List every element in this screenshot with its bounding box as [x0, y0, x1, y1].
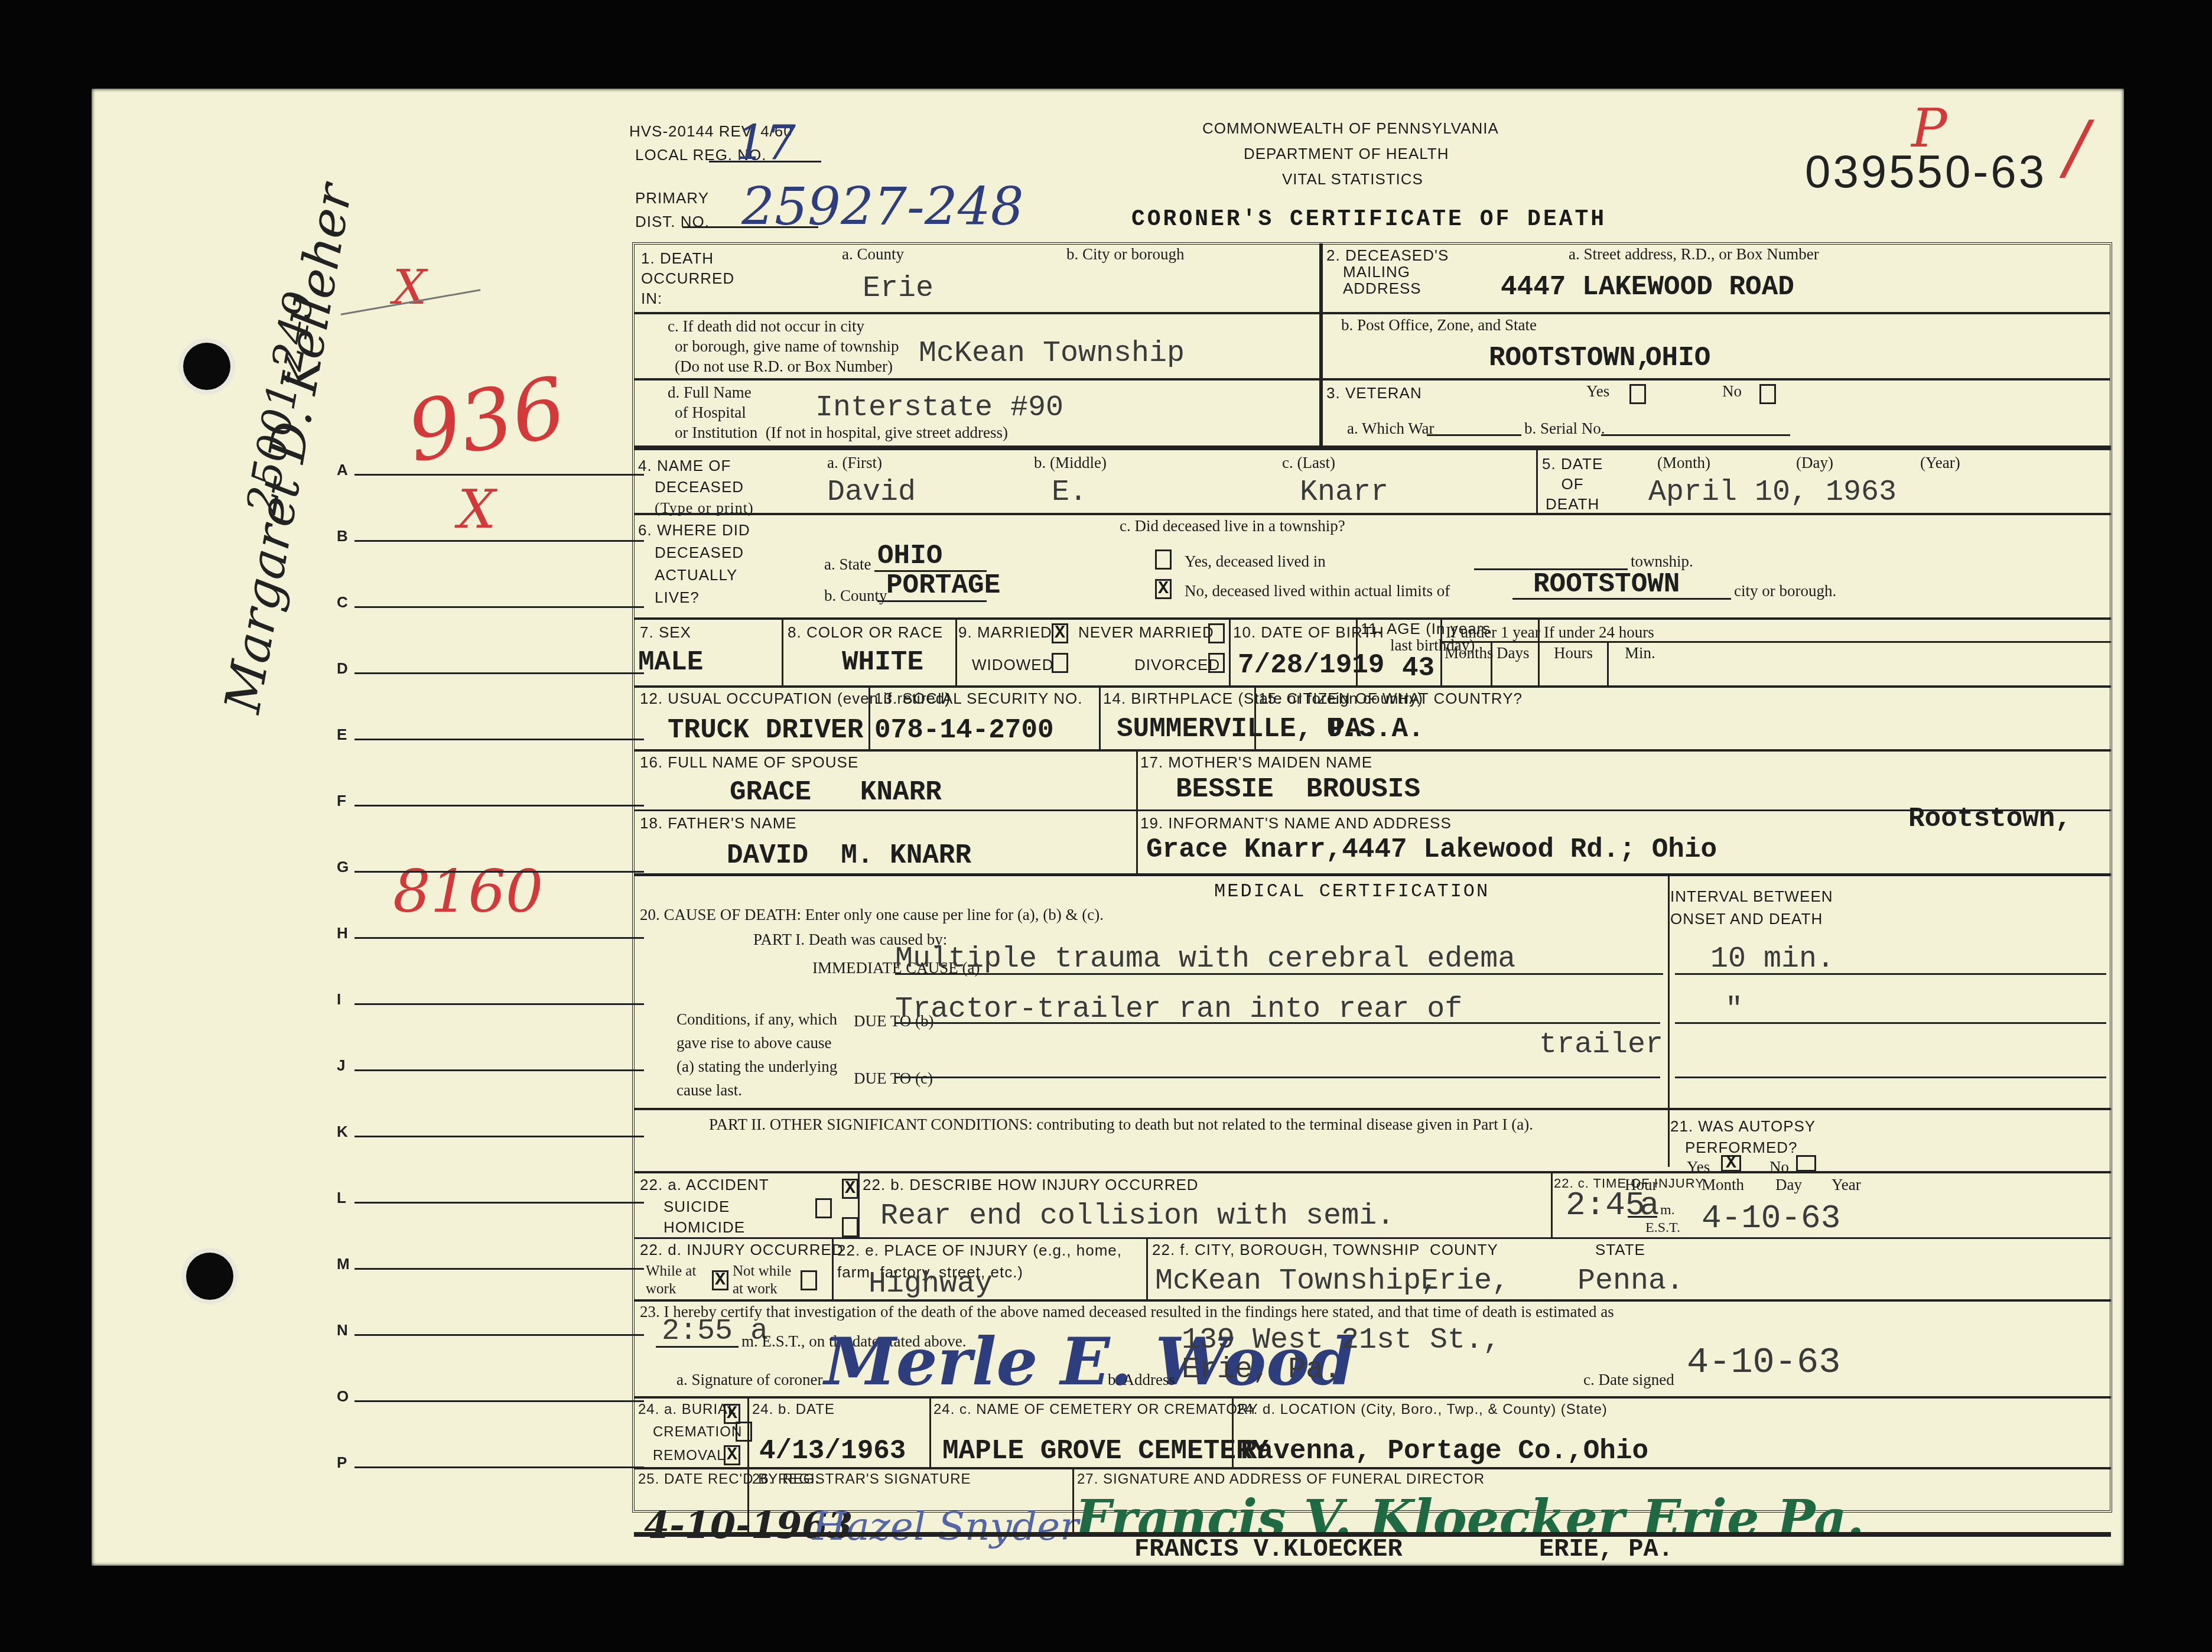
married-checkbox[interactable]: X	[1052, 623, 1068, 643]
residence-city: ROOTSTOWN	[1533, 569, 1680, 600]
deceased-middle-name: E.	[1052, 476, 1087, 509]
injury-date: 4-10-63	[1702, 1199, 1840, 1237]
age-value: 43	[1402, 653, 1434, 684]
date-of-death-label: 5. DATEOFDEATH	[1542, 454, 1603, 514]
informant-address: Grace Knarr,4447 Lakewood Rd.; Ohio	[1146, 834, 1717, 865]
homicide-checkbox[interactable]	[842, 1217, 858, 1237]
mailing-street: 4447 LAKEWOOD ROAD	[1501, 272, 1794, 303]
cause-instructions: 20. CAUSE OF DEATH: Enter only one cause…	[640, 906, 1104, 924]
immediate-cause: Multiple trauma with cerebral edema	[895, 942, 1515, 976]
certificate-paper: Margaret D. Kelleher 25001-249 X 936 X 8…	[92, 89, 2124, 1566]
certificate-title: CORONER'S CERTIFICATE OF DEATH	[1131, 207, 1606, 232]
interval-label: INTERVAL BETWEENONSET AND DEATH	[1670, 885, 1833, 930]
agency-line-2: DEPARTMENT OF HEALTH	[1244, 145, 1449, 163]
primary-label: PRIMARY	[635, 189, 709, 207]
accident-checkbox[interactable]: X	[842, 1179, 858, 1199]
coroner-address-line2: Erie, Pa.	[1182, 1353, 1341, 1387]
mailing-city: ROOTSTOWN,	[1489, 343, 1652, 373]
injury-state: Penna.	[1577, 1264, 1684, 1298]
coroner-address-line1: 139 West 21st St.,	[1182, 1323, 1501, 1357]
not-at-work-checkbox[interactable]	[801, 1270, 817, 1290]
county-label: a. County	[842, 245, 904, 264]
date-signed: 4-10-63	[1687, 1341, 1840, 1383]
place-of-injury: Highway	[868, 1267, 993, 1301]
never-married-checkbox[interactable]	[1208, 623, 1225, 643]
deceased-name-label: 4. NAME OFDECEASED(Type or print)	[638, 455, 754, 519]
informant-city: Rootstown,	[1908, 804, 2071, 834]
residence-state: OHIO	[877, 541, 942, 571]
death-place: Interstate #90	[815, 391, 1063, 425]
red-mark-slash: /	[2065, 106, 2089, 188]
dist-value: 25927-248	[741, 176, 1024, 237]
post-office-label: b. Post Office, Zone, and State	[1341, 316, 1537, 334]
township-yes-checkbox[interactable]	[1155, 549, 1172, 570]
city-label: b. City or borough	[1066, 245, 1185, 264]
local-reg-value: 17	[736, 115, 796, 170]
funeral-director-stamp-name: FRANCIS V.KLOECKER	[1134, 1535, 1403, 1563]
date-of-death: April 10, 1963	[1648, 476, 1897, 509]
race-value: WHITE	[842, 647, 923, 678]
margin-red-number-936: 936	[401, 359, 572, 482]
removal-checkbox[interactable]: X	[724, 1445, 740, 1465]
while-at-work-checkbox[interactable]: X	[712, 1270, 728, 1290]
township-instructions: c. If death did not occur in city or bor…	[668, 316, 899, 376]
burial-date: 4/13/1963	[759, 1436, 906, 1466]
citizen-value: U.S.A.	[1326, 714, 1424, 744]
occupation-value: TRUCK DRIVER	[668, 715, 863, 746]
part2-label: PART II. OTHER SIGNIFICANT CONDITIONS: c…	[709, 1116, 1533, 1134]
date-of-birth: 7/28/1919	[1238, 650, 1384, 681]
cemetery-name: MAPLE GROVE CEMETERY	[942, 1436, 1268, 1466]
ssn-value: 078-14-2700	[874, 715, 1054, 746]
spouse-name: GRACE KNARR	[730, 777, 942, 808]
death-occurred-label: 1. DEATH OCCURRED IN:	[641, 248, 741, 308]
township-no-checkbox[interactable]: X	[1155, 579, 1172, 599]
autopsy-no-checkbox[interactable]	[1796, 1155, 1816, 1172]
punch-hole	[183, 343, 230, 390]
interval-a: 10 min.	[1710, 942, 1834, 976]
cemetery-location: Ravenna, Portage Co.,Ohio	[1241, 1436, 1648, 1466]
medical-heading: MEDICAL CERTIFICATION	[1214, 880, 1489, 902]
veteran-yes-checkbox[interactable]	[1629, 384, 1646, 404]
injury-county: Erie,	[1421, 1264, 1510, 1298]
father-name: DAVID M. KNARR	[727, 840, 971, 871]
sex-value: MALE	[638, 647, 703, 678]
injury-city: McKean Township,	[1155, 1264, 1439, 1298]
residence-label: 6. WHERE DIDDECEASEDACTUALLYLIVE?	[638, 519, 750, 609]
suicide-checkbox[interactable]	[815, 1198, 832, 1218]
deceased-first-name: David	[827, 476, 916, 509]
dist-label: DIST. NO.	[635, 213, 710, 231]
death-county: Erie	[863, 272, 933, 305]
autopsy-label: 21. WAS AUTOPSYPERFORMED?	[1670, 1116, 1816, 1158]
veteran-label: 3. VETERAN	[1326, 384, 1422, 402]
war-label: a. Which War	[1347, 419, 1434, 438]
red-mark-p: P	[1911, 97, 1947, 160]
registrar-signature: Hazel Snyder	[812, 1504, 1079, 1549]
street-label: a. Street address, R.D., or Box Number	[1569, 245, 1819, 264]
cremation-checkbox[interactable]	[736, 1422, 752, 1442]
injury-ampm: a	[1640, 1186, 1660, 1224]
due-to-b-line2: trailer	[1539, 1028, 1663, 1062]
deceased-last-name: Knarr	[1300, 476, 1388, 509]
injury-description: Rear end collision with semi.	[880, 1199, 1394, 1233]
autopsy-yes-checkbox[interactable]: X	[1721, 1155, 1741, 1172]
margin-red-number-8160: 8160	[393, 857, 544, 926]
interval-b: "	[1725, 993, 1743, 1026]
veteran-no-checkbox[interactable]	[1759, 384, 1776, 404]
conditions-note: Conditions, if any, whichgave rise to ab…	[676, 1007, 837, 1102]
due-to-b-line1: Tractor-trailer ran into rear of	[895, 993, 1462, 1026]
certification-statement: 23. I hereby certify that investigation …	[640, 1303, 1614, 1321]
widowed-checkbox[interactable]	[1052, 653, 1068, 673]
margin-red-x-2: X	[458, 479, 496, 541]
agency-line-3: VITAL STATISTICS	[1282, 170, 1423, 188]
margin-red-x: X	[393, 260, 427, 315]
serial-label: b. Serial No.	[1524, 419, 1605, 438]
residence-county: PORTAGE	[886, 570, 1000, 601]
agency-line-1: COMMONWEALTH OF PENNSYLVANIA	[1202, 119, 1499, 138]
mailing-address-label: 2. DECEASED'SMAILINGADDRESS	[1326, 247, 1449, 297]
mailing-state: OHIO	[1645, 343, 1710, 373]
divorced-checkbox[interactable]	[1208, 653, 1225, 673]
funeral-director-stamp-city: ERIE, PA.	[1539, 1535, 1673, 1563]
mother-maiden-name: BESSIE BROUSIS	[1176, 774, 1420, 805]
punch-hole	[186, 1253, 233, 1300]
burial-checkbox[interactable]: X	[724, 1404, 740, 1424]
death-township: McKean Township	[919, 337, 1185, 370]
